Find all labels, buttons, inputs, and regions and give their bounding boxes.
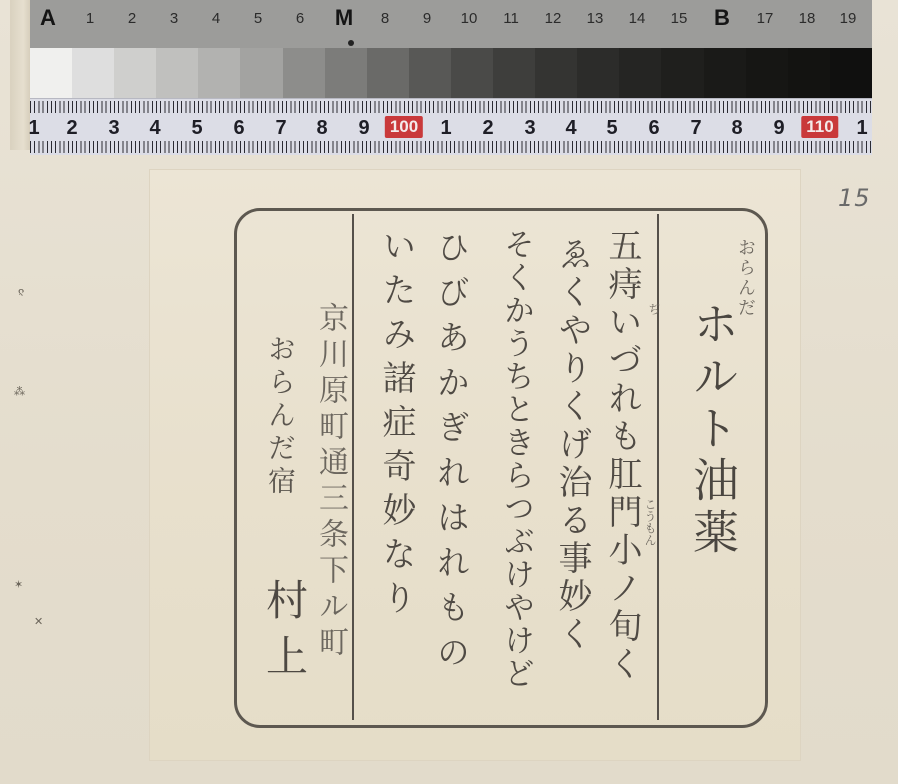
calibration-label: 6 [296,10,304,27]
column-divider-right [657,214,659,720]
gray-patch [577,48,619,98]
ruler-number: 5 [191,117,202,140]
gray-patch [409,48,451,98]
gray-patch [493,48,535,98]
body-text-column-5: いたみ諸症奇妙なり [372,228,421,624]
calibration-label: 2 [128,10,136,27]
ruler-number: 6 [648,117,659,140]
calibration-label: 10 [461,10,478,27]
column-divider-left [352,214,354,720]
ruler-number: 6 [233,117,244,140]
mount-speck: ✕ [34,615,43,628]
calibration-label: 14 [629,10,646,27]
calibration-label: A [40,5,56,31]
maker-name: 村上 [254,578,314,690]
ruler-number: 4 [149,117,160,140]
ruler-number: 5 [606,117,617,140]
ruler-number: 2 [66,117,77,140]
gray-patch [367,48,409,98]
calibration-label: 15 [671,10,688,27]
body-text-column-3: そくかうちときらつぶけやけど [494,228,539,690]
gray-patch [830,48,872,98]
ruby-ji: ぢ [646,303,663,315]
ruler-number: 1 [440,117,451,140]
gray-patch [619,48,661,98]
gray-patch [114,48,156,98]
ruler-decimeter-badge: 110 [801,116,838,138]
calibration-label: 4 [212,10,220,27]
gray-patch [704,48,746,98]
ruler-decimeter-badge: 100 [385,116,423,138]
shop-address: 京川原町通三条下ル町 [308,302,352,662]
shop-name: おらんだ宿 [260,334,300,499]
calibration-label: 11 [503,10,519,27]
gray-patch [661,48,703,98]
gray-patch [198,48,240,98]
mount-speck: ✶ [14,578,23,591]
gray-patch [451,48,493,98]
gray-patch [156,48,198,98]
gray-patch [535,48,577,98]
midpoint-dot [348,40,354,46]
ruler-number: 7 [275,117,286,140]
product-title: ホルト油薬 [680,300,746,560]
calibration-label: 8 [381,10,389,27]
calibration-label: 19 [840,10,857,27]
ruler-number: 8 [731,117,742,140]
gray-patch [283,48,325,98]
calibration-label: 12 [545,10,562,27]
calibration-label: B [714,5,730,31]
calibration-label: M [335,5,353,31]
gray-patch [788,48,830,98]
ruler-number: 4 [565,117,576,140]
gray-patch [240,48,282,98]
ruler-number: 3 [108,117,119,140]
ruler-number: 9 [358,117,369,140]
calibration-label: 3 [170,10,178,27]
calibration-label: 1 [86,10,94,27]
ruler-number: 1 [856,117,867,140]
gray-patch [746,48,788,98]
ruler-number: 3 [524,117,535,140]
measuring-ruler: 1234567891001234567891101 [30,98,872,155]
ruler-number: 7 [690,117,701,140]
body-text-column-2: ゑくやりくげ治る事妙く [548,236,597,654]
ruler-number: 1 [28,117,39,140]
label-strip: A123456M89101112131415B171819 [30,0,872,48]
ruler-number: 8 [316,117,327,140]
ruler-number: 9 [773,117,784,140]
gray-patch [30,48,72,98]
gray-patch [72,48,114,98]
calibration-label: 5 [254,10,262,27]
ruler-number: 2 [482,117,493,140]
mount-speck: ჺ [18,285,24,298]
mount-speck: ⁂ [14,385,25,398]
body-text-column-4: ひびあかぎれはれもの [428,230,475,680]
calibration-label: 13 [587,10,604,27]
calibration-label: 9 [423,10,431,27]
calibration-label: 18 [799,10,816,27]
ruby-koumon: こうもん [642,498,659,546]
ruler-ticks-top [30,101,872,113]
body-text-column-1: 五痔いづれも肛門小ノ旬く [598,228,647,684]
ruler-ticks-bottom [30,141,872,153]
grayscale-patches [30,48,872,98]
gray-patch [325,48,367,98]
page-number: 15 [838,184,871,212]
color-calibration-target: A123456M89101112131415B171819 1234567891… [30,0,872,154]
calibration-label: 17 [757,10,774,27]
